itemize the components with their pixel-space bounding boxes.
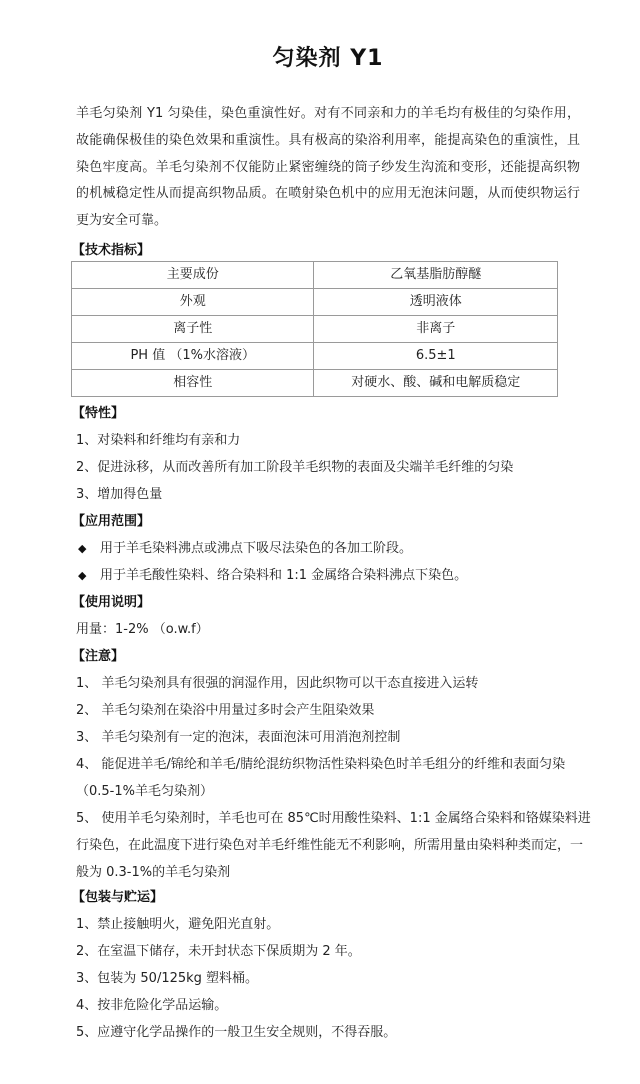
document-title: 匀染剂 Y1	[0, 44, 640, 74]
spec-value: 透明液体	[314, 289, 558, 316]
usage-heading: 【使用说明】	[72, 593, 150, 613]
note-line: 般为 0.3-1%的羊毛匀染剂	[76, 863, 230, 883]
spec-value: 非离子	[314, 316, 558, 343]
spec-label: 离子性	[72, 316, 314, 343]
applications-heading: 【应用范围】	[72, 512, 150, 532]
table-row: 外观 透明液体	[72, 289, 558, 316]
note-line: 5、 使用羊毛匀染剂时，羊毛也可在 85℃时用酸性染料、1:1 金属络合染料和铬…	[76, 809, 591, 829]
table-row: 相容性 对硬水、酸、碱和电解质稳定	[72, 370, 558, 397]
packaging-item: 1、禁止接触明火，避免阳光直射。	[76, 915, 279, 935]
note-line: 行染色，在此温度下进行染色对羊毛纤维性能无不利影响，所需用量由染料种类而定，一	[76, 836, 583, 856]
specs-heading: 【技术指标】	[72, 241, 150, 261]
note-line: 4、 能促进羊毛/锦纶和羊毛/腈纶混纺织物活性染料染色时羊毛组分的纤维和表面匀染	[76, 755, 565, 775]
packaging-item: 5、应遵守化学品操作的一般卫生安全规则，不得吞服。	[76, 1023, 396, 1043]
spec-label: 主要成份	[72, 262, 314, 289]
spec-label: 相容性	[72, 370, 314, 397]
note-line: 2、 羊毛匀染剂在染浴中用量过多时会产生阻染效果	[76, 701, 374, 721]
note-line: （0.5-1%羊毛匀染剂）	[76, 782, 213, 802]
spec-value: 乙氧基脂肪醇醚	[314, 262, 558, 289]
packaging-item: 3、包装为 50/125kg 塑料桶。	[76, 969, 258, 989]
application-item: ◆用于羊毛酸性染料、络合染料和 1:1 金属络合染料沸点下染色。	[78, 566, 467, 586]
spec-label: PH 值 （1%水溶液）	[72, 343, 314, 370]
application-item: ◆用于羊毛染料沸点或沸点下吸尽法染色的各加工阶段。	[78, 539, 412, 559]
spec-value: 6.5±1	[314, 343, 558, 370]
notes-heading: 【注意】	[72, 647, 124, 667]
specs-table: 主要成份 乙氧基脂肪醇醚 外观 透明液体 离子性 非离子 PH 值 （1%水溶液…	[71, 261, 558, 397]
usage-text: 用量：1-2% （o.w.f）	[76, 620, 209, 640]
document-page: 匀染剂 Y1 羊毛匀染剂 Y1 匀染佳，染色重演性好。对有不同亲和力的羊毛均有极…	[0, 0, 640, 1084]
application-text: 用于羊毛染料沸点或沸点下吸尽法染色的各加工阶段。	[100, 541, 412, 556]
table-row: PH 值 （1%水溶液） 6.5±1	[72, 343, 558, 370]
packaging-item: 2、在室温下储存，未开封状态下保质期为 2 年。	[76, 942, 361, 962]
intro-paragraph: 羊毛匀染剂 Y1 匀染佳，染色重演性好。对有不同亲和力的羊毛均有极佳的匀染作用，…	[76, 101, 580, 235]
diamond-bullet-icon: ◆	[78, 539, 98, 559]
packaging-item: 4、按非危险化学品运输。	[76, 996, 227, 1016]
feature-item: 3、增加得色量	[76, 485, 162, 505]
spec-value: 对硬水、酸、碱和电解质稳定	[314, 370, 558, 397]
packaging-heading: 【包装与贮运】	[72, 888, 163, 908]
table-row: 离子性 非离子	[72, 316, 558, 343]
feature-item: 1、对染料和纤维均有亲和力	[76, 431, 240, 451]
diamond-bullet-icon: ◆	[78, 566, 98, 586]
spec-label: 外观	[72, 289, 314, 316]
application-text: 用于羊毛酸性染料、络合染料和 1:1 金属络合染料沸点下染色。	[100, 568, 467, 583]
features-heading: 【特性】	[72, 404, 124, 424]
note-line: 1、 羊毛匀染剂具有很强的润湿作用，因此织物可以干态直接进入运转	[76, 674, 478, 694]
table-row: 主要成份 乙氧基脂肪醇醚	[72, 262, 558, 289]
feature-item: 2、促进泳移，从而改善所有加工阶段羊毛织物的表面及尖端羊毛纤维的匀染	[76, 458, 513, 478]
note-line: 3、 羊毛匀染剂有一定的泡沫，表面泡沫可用消泡剂控制	[76, 728, 400, 748]
